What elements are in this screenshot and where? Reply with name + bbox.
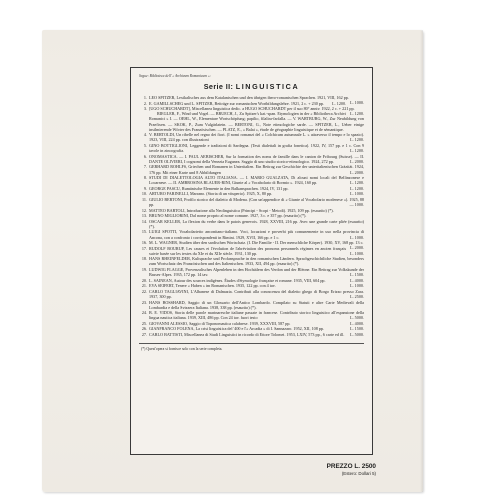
list-item: 16.M. L. WAGNER, Studien über den sardis… xyxy=(139,240,364,245)
entry-text: EVA SEIFERT, Tenere « Haben » im Romanis… xyxy=(149,283,276,288)
entry-number: 10. xyxy=(139,191,147,196)
entry-price: L. 1000. xyxy=(346,251,364,256)
list-item: 17.RUDOLF BOURUP, Les causes et l'évolut… xyxy=(139,246,364,256)
price-block: PREZZO L. 2500 (Estero: Dollari 5) xyxy=(286,463,376,477)
list-item: 26.GIANFRANCO FOLENA, La crisi linguisti… xyxy=(139,326,364,331)
list-item: 20.L. SAINEAN, Autour des sources indigè… xyxy=(139,278,364,283)
list-item: 18.HANS RHEINFELDER, Kultsprache und Pro… xyxy=(139,256,364,266)
list-item: 6.ONOMASTICA. — I. PAUL AEBISCHER, Sur l… xyxy=(139,154,364,164)
entry-number: 24. xyxy=(139,310,147,315)
entry-number: 5. xyxy=(139,143,147,148)
entry-text: GINO BOTTIGLIONI, Leggende e tradizioni … xyxy=(149,143,364,153)
entry-text: HANS RHEINFELDER, Kultsprache und Profan… xyxy=(149,256,364,266)
list-item: 15.LUIGI SPOTTI, Vocabolarietto anconita… xyxy=(139,229,364,239)
list-item: 11.GIULIO BERTONI, Profilo storico del d… xyxy=(139,197,364,207)
entry-price: L. 2000. xyxy=(346,159,364,164)
entry-number: 17. xyxy=(139,246,147,251)
list-item: 1.LEO SPITZER, Lexikalisches aus dem Kat… xyxy=(139,95,364,100)
entry-price: L. 1000. xyxy=(346,235,364,240)
entry-text: GIOVANNI ALESSIO, Saggio di Toponomastic… xyxy=(149,321,290,326)
entry-number: 1. xyxy=(139,95,147,100)
entry-number: 25. xyxy=(139,321,147,326)
entry-number: 8. xyxy=(139,175,147,180)
entry-number: 19. xyxy=(139,267,147,272)
entry-price: L. 1200. xyxy=(346,137,364,142)
entry-text: GIULIO BERTONI, Profilo storico del dial… xyxy=(149,197,364,207)
entry-price: L. 2000. xyxy=(346,170,364,175)
entry-price: L. 5000. xyxy=(346,332,364,337)
entry-contents: RIEGLER, F., Wind und Vogel. — BRUECH, J… xyxy=(149,111,364,132)
entry-number: 15. xyxy=(139,229,147,234)
list-item: 23.HANS BOSSHARD, Saggio di un Glossario… xyxy=(139,300,364,310)
list-item: 24.B. E. VIDOS, Storia delle parole mari… xyxy=(139,310,364,320)
entry-text: GEORGE PASCU, Rumänische Elemente in den… xyxy=(149,186,289,191)
entry-text: BRUNO MIGLIORINI, Dal nome proprio al no… xyxy=(149,213,306,218)
entry-number: 2. xyxy=(139,101,147,106)
entry-text: ONOMASTICA. — I. PAUL AEBISCHER, Sur la … xyxy=(149,154,364,164)
entry-price: L. 4000. xyxy=(346,321,364,326)
list-item: 10.ARTURO FARINELLI, Marrano. (Storia di… xyxy=(139,191,364,196)
list-item: 21.EVA SEIFERT, Tenere « Haben » im Roma… xyxy=(139,283,364,288)
list-item: 13.BRUNO MIGLIORINI, Dal nome proprio al… xyxy=(139,213,364,218)
entry-text: V. BERTOLDI, Un ribelle nel regno dei fi… xyxy=(149,132,364,142)
list-item: 12.MATTEO BARTOLI, Introduzione alla Neo… xyxy=(139,208,364,213)
entry-number: 26. xyxy=(139,326,147,331)
series-name: LINGUISTICA xyxy=(236,82,300,91)
entry-number: 7. xyxy=(139,164,147,169)
entry-text: L. SAINEAN, Autour des sources indigènes… xyxy=(149,278,326,283)
entry-price: L. 1200. xyxy=(346,186,364,191)
entry-price: L. 1200. xyxy=(328,101,346,106)
entry-price: L. 1000. xyxy=(346,191,364,196)
book-back-cover: Segue: Biblioteca dell' « Archivum Roman… xyxy=(42,30,423,492)
entry-text: CARLO BATTISTI, Miscellanea di Studi Lin… xyxy=(149,332,344,337)
list-item: 27.CARLO BATTISTI, Miscellanea di Studi … xyxy=(139,332,364,337)
entry-number: 22. xyxy=(139,289,147,294)
entry-number: 14. xyxy=(139,219,147,224)
entry-price: — 1000. xyxy=(346,202,365,207)
entry-number: 23. xyxy=(139,300,147,305)
list-item: 5.GINO BOTTIGLIONI, Leggende e tradizion… xyxy=(139,143,364,153)
entry-number: 9. xyxy=(139,186,147,191)
entry-number: 11. xyxy=(139,197,147,202)
entry-number: 21. xyxy=(139,283,147,288)
entry-text: OSCAR KELLER, La flexion du verbe dans l… xyxy=(149,219,364,229)
list-item: 9.GEORGE PASCU, Rumänische Elemente in d… xyxy=(139,186,364,191)
list-item: 22.CARLO TAGLIAVINI, L'Albanese di Dalma… xyxy=(139,289,364,299)
entry-text: RUDOLF BOURUP, Les causes et l'évolution… xyxy=(149,246,346,256)
cover-edge-shadow xyxy=(420,30,423,492)
entry-text: M. L. WAGNER, Studien über den sardische… xyxy=(149,240,363,245)
entry-price: L. 4000. xyxy=(346,278,364,283)
entry-number: 27. xyxy=(139,332,147,337)
entry-price: L. 1500. xyxy=(346,326,364,331)
entry-text: STUDI DI DIALETTOLOGIA ALTO ITALIANA. — … xyxy=(149,175,364,185)
entry-price: L. 2500. xyxy=(346,294,364,299)
series-listing-frame: Segue: Biblioteca dell' « Archivum Roman… xyxy=(130,67,373,455)
entry-number: 20. xyxy=(139,278,147,283)
entry-text: CARLO TAGLIAVINI, L'Albanese di Dalmazia… xyxy=(149,289,364,299)
list-item: 8.STUDI DI DIALETTOLOGIA ALTO ITALIANA. … xyxy=(139,175,364,185)
entry-price: L. 5000. xyxy=(346,315,364,320)
entry-text: LUDWIG FLAGGE, Provenzalisches Alpenlebe… xyxy=(149,267,364,277)
list-item: 19.LUDWIG FLAGGE, Provenzalisches Alpenl… xyxy=(139,267,364,277)
entry-text: GIANFRANCO FOLENA, La crisi linguistica … xyxy=(149,326,324,331)
entry-text: MATTEO BARTOLI, Introduzione alla Neolin… xyxy=(149,208,334,213)
list-item: 14.OSCAR KELLER, La flexion du verbe dan… xyxy=(139,219,364,229)
entry-text: LEO SPITZER, Lexikalisches aus dem Katal… xyxy=(149,95,349,100)
entry-number: 4. xyxy=(139,132,147,137)
entry-text: E. GAMILLSCHEG und L. SPITZER, Beiträge … xyxy=(149,101,324,106)
entry-price: L. 1500. xyxy=(346,272,364,277)
price-main: PREZZO L. 2500 xyxy=(286,463,376,471)
entry-text: LUIGI SPOTTI, Vocabolarietto anconitano-… xyxy=(149,229,364,239)
entry-number: 6. xyxy=(139,154,147,159)
list-item: 7.GERHARD ROHLFS, Griechen und Romanen i… xyxy=(139,164,364,174)
entry-number: 16. xyxy=(139,240,147,245)
entry-price: L. 1200. xyxy=(346,180,364,185)
entry-text: GERHARD ROHLFS, Griechen und Romanen in … xyxy=(149,164,364,174)
series-prefix: Serie II: xyxy=(204,82,234,91)
footnote: (*) Quest'opera si fornisce solo con la … xyxy=(139,343,364,351)
entry-number: 13. xyxy=(139,213,147,218)
entry-price: L. 1200. xyxy=(346,148,364,153)
series-title: Serie II: LINGUISTICA xyxy=(139,82,364,91)
list-item: 25.GIOVANNI ALESSIO, Saggio di Toponomas… xyxy=(139,321,364,326)
entry-text: ARTURO FARINELLI, Marrano. (Storia di un… xyxy=(149,191,272,196)
entry-list: 1.LEO SPITZER, Lexikalisches aus dem Kat… xyxy=(139,95,364,337)
entry-text: HANS BOSSHARD, Saggio di un Glossario de… xyxy=(149,300,364,310)
entry-number: 18. xyxy=(139,256,147,261)
entry-number: 3. xyxy=(139,106,147,111)
series-continuation-label: Segue: Biblioteca dell' « Archivum Roman… xyxy=(139,74,364,79)
entry-number: 12. xyxy=(139,208,147,213)
list-item: 2.E. GAMILLSCHEG und L. SPITZER, Beiträg… xyxy=(139,101,364,106)
list-item: 4.V. BERTOLDI, Un ribelle nel regno dei … xyxy=(139,132,364,142)
list-item: 3.[UGO SCHUCHARDT], Miscellanea linguist… xyxy=(139,106,364,132)
price-foreign: (Estero: Dollari 5) xyxy=(286,471,376,477)
entry-text: B. E. VIDOS, Storia delle parole marinar… xyxy=(149,310,364,320)
entry-price: L. 1000. xyxy=(346,283,364,288)
